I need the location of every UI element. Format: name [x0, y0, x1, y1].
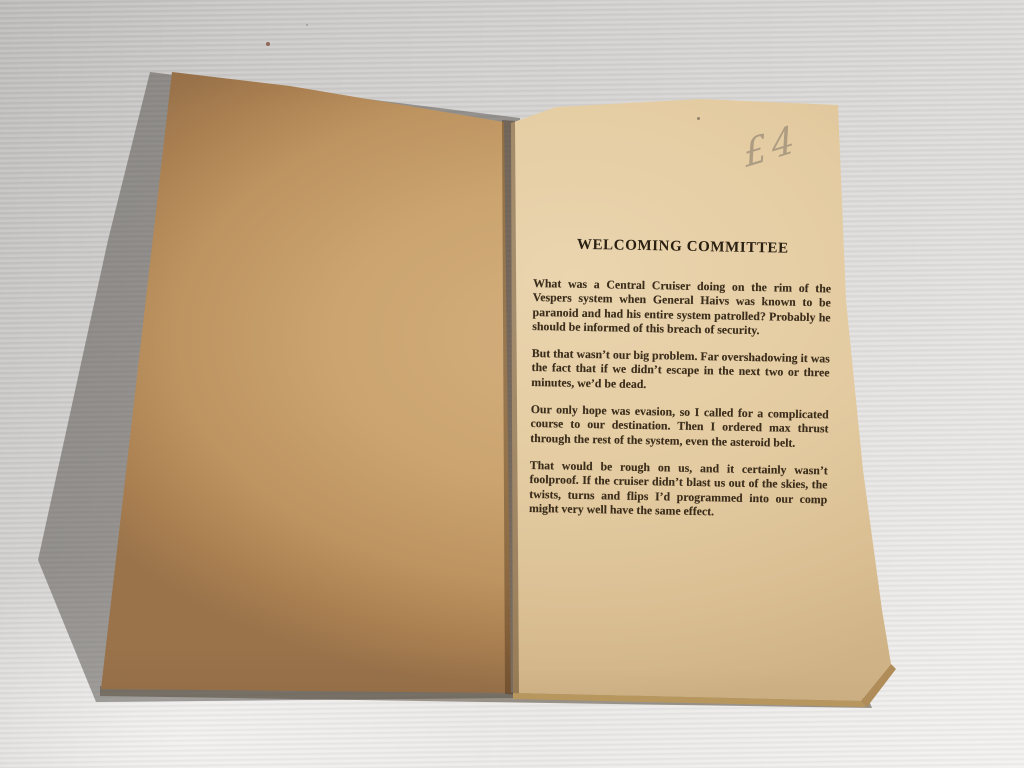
dust-speck — [697, 117, 700, 120]
chapter-text-block: WELCOMING COMMITTEE What was a Central C… — [529, 236, 832, 534]
paragraph-1: What was a Central Cruiser doing on the … — [532, 276, 831, 339]
paragraph-4: That would be rough on us, and it certai… — [529, 458, 828, 521]
paragraph-2: But that wasn’t our big problem. Far ove… — [531, 346, 830, 394]
paragraph-3: Our only hope was evasion, so I called f… — [530, 402, 829, 450]
book-photograph: £4 WELCOMING COMMITTEE What was a Centra… — [0, 0, 1024, 768]
dust-speck — [306, 24, 308, 26]
dust-speck — [266, 42, 270, 46]
